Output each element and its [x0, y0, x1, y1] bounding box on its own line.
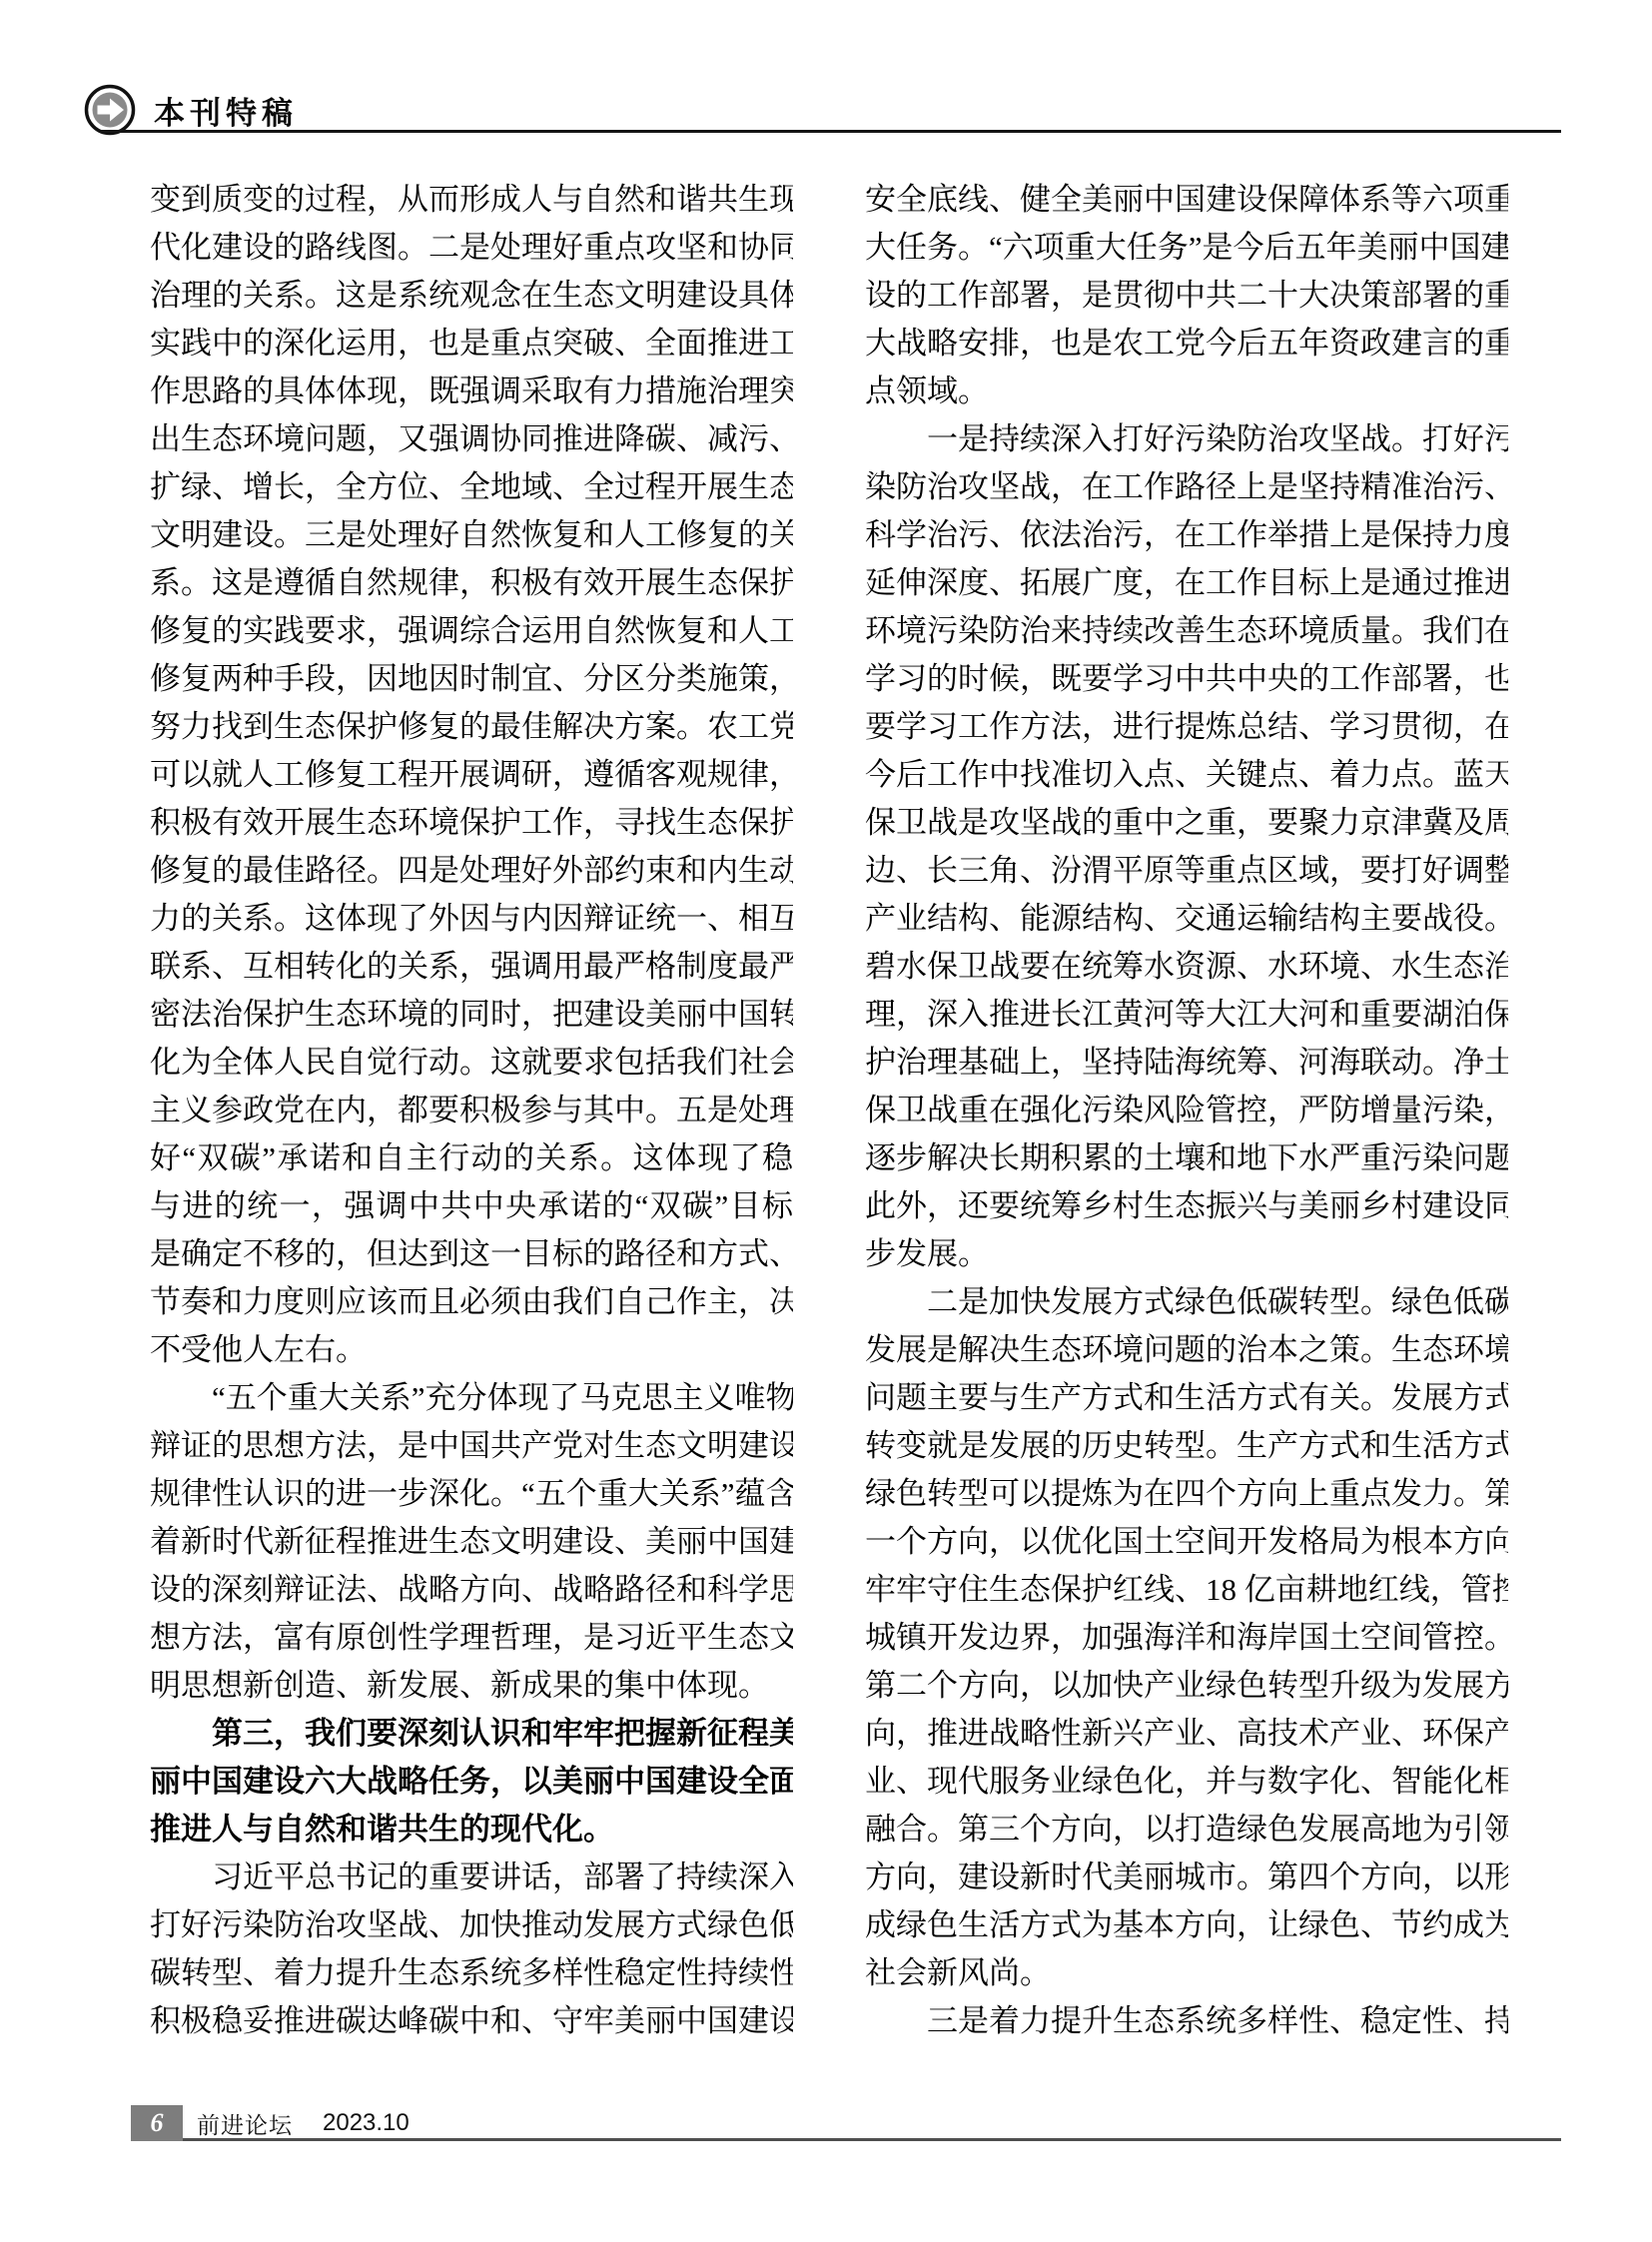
text-line: 一是持续深入打好污染防治攻坚战。打好污: [865, 415, 1508, 463]
text-line: 此外，还要统筹乡村生态振兴与美丽乡村建设同: [865, 1182, 1508, 1230]
issue-date: 2023.10: [323, 2109, 410, 2137]
text-line: 三是着力提升生态系统多样性、稳定性、持: [865, 1997, 1508, 2045]
journal-name: 前进论坛: [197, 2107, 293, 2140]
text-line: 努力找到生态保护修复的最佳解决方案。农工党: [150, 703, 793, 751]
text-line: 业、现代服务业绿色化，并与数字化、智能化相: [865, 1758, 1508, 1806]
text-line: 环境污染防治来持续改善生态环境质量。我们在: [865, 607, 1508, 655]
text-line: 打好污染防治攻坚战、加快推动发展方式绿色低: [150, 1901, 793, 1949]
text-line: 安全底线、健全美丽中国建设保障体系等六项重: [865, 176, 1508, 224]
text-line: 步发展。: [865, 1230, 1508, 1278]
magazine-page: 本刊特稿 变到质变的过程，从而形成人与自然和谐共生现代化建设的路线图。二是处理好…: [0, 0, 1652, 2242]
text-line: 大任务。“六项重大任务”是今后五年美丽中国建: [865, 224, 1508, 272]
text-line: 丽中国建设六大战略任务，以美丽中国建设全面: [150, 1758, 793, 1806]
text-line: 碧水保卫战要在统筹水资源、水环境、水生态治: [865, 943, 1508, 991]
text-line: 联系、互相转化的关系，强调用最严格制度最严: [150, 943, 793, 991]
text-line: 碳转型、着力提升生态系统多样性稳定性持续性、: [150, 1949, 793, 1997]
text-line: 科学治污、依法治污，在工作举措上是保持力度、: [865, 511, 1508, 559]
text-line: 扩绿、增长，全方位、全地域、全过程开展生态: [150, 463, 793, 511]
column-right: 安全底线、健全美丽中国建设保障体系等六项重大任务。“六项重大任务”是今后五年美丽…: [865, 176, 1508, 2045]
text-line: 变到质变的过程，从而形成人与自然和谐共生现: [150, 176, 793, 224]
header-rule: [101, 130, 1561, 133]
article-body: 变到质变的过程，从而形成人与自然和谐共生现代化建设的路线图。二是处理好重点攻坚和…: [150, 176, 1508, 2045]
text-line: 今后工作中找准切入点、关键点、着力点。蓝天: [865, 751, 1508, 799]
text-line: 保卫战是攻坚战的重中之重，要聚力京津冀及周: [865, 799, 1508, 847]
text-line: 设的深刻辩证法、战略方向、战略路径和科学思: [150, 1566, 793, 1614]
text-line: 绿色转型可以提炼为在四个方向上重点发力。第: [865, 1470, 1508, 1518]
text-line: 点领域。: [865, 368, 1508, 415]
text-line: 作思路的具体体现，既强调采取有力措施治理突: [150, 368, 793, 415]
text-line: 着新时代新征程推进生态文明建设、美丽中国建: [150, 1518, 793, 1566]
text-line: 积极有效开展生态环境保护工作，寻找生态保护: [150, 799, 793, 847]
text-line: 实践中的深化运用，也是重点突破、全面推进工: [150, 320, 793, 368]
text-line: 文明建设。三是处理好自然恢复和人工修复的关: [150, 511, 793, 559]
text-line: 逐步解决长期积累的土壤和地下水严重污染问题。: [865, 1134, 1508, 1182]
text-line: 第二个方向，以加快产业绿色转型升级为发展方: [865, 1662, 1508, 1710]
page-header: 本刊特稿: [84, 84, 298, 136]
text-line: 边、长三角、汾渭平原等重点区域，要打好调整: [865, 847, 1508, 895]
text-line: 习近平总书记的重要讲话，部署了持续深入: [150, 1854, 793, 1901]
page-number-badge: 6: [131, 2105, 183, 2141]
text-line: 好“双碳”承诺和自主行动的关系。这体现了稳: [150, 1134, 793, 1182]
text-line: 主义参政党在内，都要积极参与其中。五是处理: [150, 1087, 793, 1134]
page-footer: 6 前进论坛 2023.10: [131, 2105, 410, 2141]
text-line: 代化建设的路线图。二是处理好重点攻坚和协同: [150, 224, 793, 272]
text-line: 密法治保护生态环境的同时，把建设美丽中国转: [150, 991, 793, 1039]
text-line: 要学习工作方法，进行提炼总结、学习贯彻，在: [865, 703, 1508, 751]
text-line: 可以就人工修复工程开展调研，遵循客观规律，: [150, 751, 793, 799]
text-line: 延伸深度、拓展广度，在工作目标上是通过推进: [865, 559, 1508, 607]
text-line: 大战略安排，也是农工党今后五年资政建言的重: [865, 320, 1508, 368]
text-line: 保卫战重在强化污染风险管控，严防增量污染，: [865, 1087, 1508, 1134]
text-line: 修复两种手段，因地因时制宜、分区分类施策，: [150, 655, 793, 703]
text-line: 节奏和力度则应该而且必须由我们自己作主，决: [150, 1278, 793, 1326]
text-line: 方向，建设新时代美丽城市。第四个方向，以形: [865, 1854, 1508, 1901]
text-line: 规律性认识的进一步深化。“五个重大关系”蕴含: [150, 1470, 793, 1518]
section-title: 本刊特稿: [154, 88, 298, 133]
text-line: 向，推进战略性新兴产业、高技术产业、环保产: [865, 1710, 1508, 1758]
text-line: 辩证的思想方法，是中国共产党对生态文明建设: [150, 1422, 793, 1470]
text-line: 学习的时候，既要学习中共中央的工作部署，也: [865, 655, 1508, 703]
text-line: 二是加快发展方式绿色低碳转型。绿色低碳: [865, 1278, 1508, 1326]
text-line: 转变就是发展的历史转型。生产方式和生活方式: [865, 1422, 1508, 1470]
text-line: 融合。第三个方向，以打造绿色发展高地为引领: [865, 1806, 1508, 1854]
text-line: 与进的统一，强调中共中央承诺的“双碳”目标: [150, 1182, 793, 1230]
text-line: 产业结构、能源结构、交通运输结构主要战役。: [865, 895, 1508, 943]
text-line: 出生态环境问题，又强调协同推进降碳、减污、: [150, 415, 793, 463]
text-line: 系。这是遵循自然规律，积极有效开展生态保护: [150, 559, 793, 607]
text-line: 治理的关系。这是系统观念在生态文明建设具体: [150, 272, 793, 320]
text-line: 牢牢守住生态保护红线、18 亿亩耕地红线，管控: [865, 1566, 1508, 1614]
text-line: 修复的实践要求，强调综合运用自然恢复和人工: [150, 607, 793, 655]
text-line: 设的工作部署，是贯彻中共二十大决策部署的重: [865, 272, 1508, 320]
text-line: 第三，我们要深刻认识和牢牢把握新征程美: [150, 1710, 793, 1758]
text-line: 想方法，富有原创性学理哲理，是习近平生态文: [150, 1614, 793, 1662]
text-line: 染防治攻坚战，在工作路径上是坚持精准治污、: [865, 463, 1508, 511]
text-line: 社会新风尚。: [865, 1949, 1508, 1997]
text-line: 明思想新创造、新发展、新成果的集中体现。: [150, 1662, 793, 1710]
text-line: “五个重大关系”充分体现了马克思主义唯物: [150, 1374, 793, 1422]
arrow-circle-icon: [84, 84, 136, 136]
text-line: 护治理基础上，坚持陆海统筹、河海联动。净土: [865, 1039, 1508, 1087]
text-line: 城镇开发边界，加强海洋和海岸国土空间管控。: [865, 1614, 1508, 1662]
text-line: 推进人与自然和谐共生的现代化。: [150, 1806, 793, 1854]
text-line: 理，深入推进长江黄河等大江大河和重要湖泊保: [865, 991, 1508, 1039]
column-left: 变到质变的过程，从而形成人与自然和谐共生现代化建设的路线图。二是处理好重点攻坚和…: [150, 176, 793, 2045]
text-line: 发展是解决生态环境问题的治本之策。生态环境: [865, 1326, 1508, 1374]
footer-rule: [183, 2138, 1561, 2141]
text-line: 问题主要与生产方式和生活方式有关。发展方式: [865, 1374, 1508, 1422]
text-line: 力的关系。这体现了外因与内因辩证统一、相互: [150, 895, 793, 943]
text-line: 成绿色生活方式为基本方向，让绿色、节约成为: [865, 1901, 1508, 1949]
text-line: 修复的最佳路径。四是处理好外部约束和内生动: [150, 847, 793, 895]
text-line: 一个方向，以优化国土空间开发格局为根本方向，: [865, 1518, 1508, 1566]
text-line: 是确定不移的，但达到这一目标的路径和方式、: [150, 1230, 793, 1278]
text-line: 不受他人左右。: [150, 1326, 793, 1374]
text-line: 积极稳妥推进碳达峰碳中和、守牢美丽中国建设: [150, 1997, 793, 2045]
text-line: 化为全体人民自觉行动。这就要求包括我们社会: [150, 1039, 793, 1087]
